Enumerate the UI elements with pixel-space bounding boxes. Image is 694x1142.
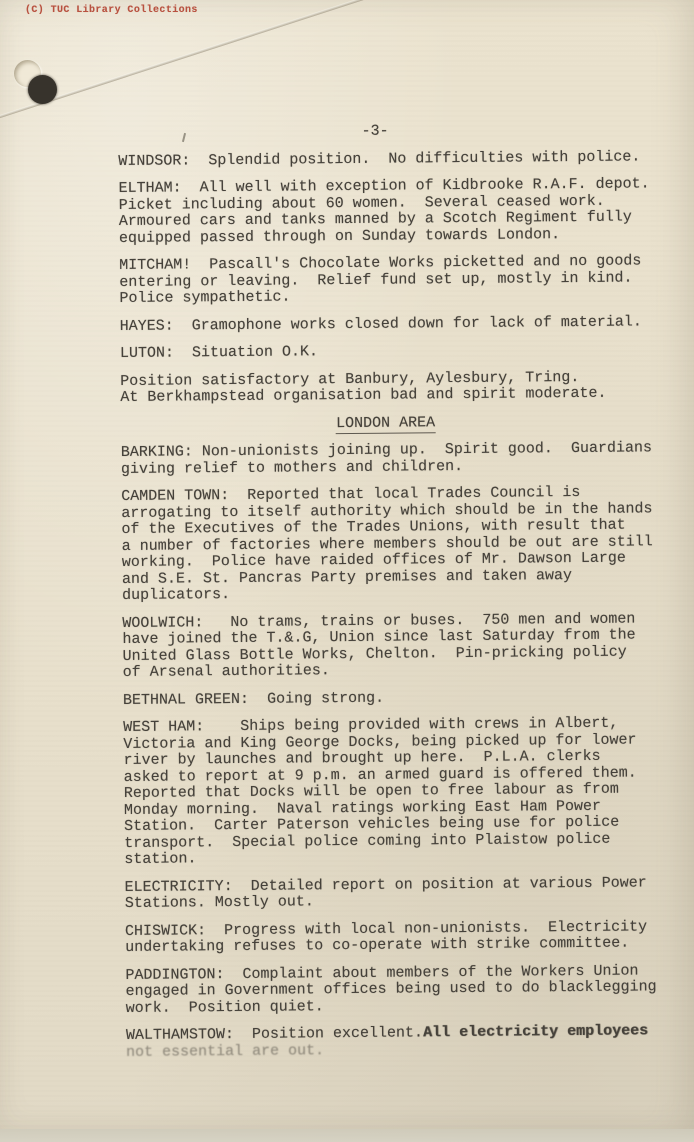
report-chiswick: CHISWICK: Progress with local non-unioni…: [125, 919, 691, 957]
report-paddington: PADDINGTON: Complaint about members of t…: [125, 963, 691, 1017]
report-electricity: ELECTRICITY: Detailed report on position…: [125, 875, 691, 913]
report-bethnal-green: BETHNAL GREEN: Going strong.: [123, 688, 689, 709]
report-body: All well with exception of Kidbrooke R.A…: [119, 175, 650, 246]
report-label: WINDSOR:: [118, 152, 190, 170]
report-label: CHISWICK:: [125, 922, 206, 940]
report-label: BETHNAL GREEN:: [123, 690, 249, 708]
report-label: MITCHAM!: [119, 256, 191, 274]
report-label: LUTON:: [120, 345, 174, 362]
report-label: WOOLWICH:: [122, 614, 203, 632]
page-number: -3-: [92, 121, 658, 142]
report-mitcham: MITCHAM! Pascall's Chocolate Works picke…: [119, 253, 685, 307]
report-walthamstow: WALTHAMSTOW: Position excellent.All elec…: [126, 1023, 692, 1061]
report-body: Ships being provided with crews in Alber…: [123, 715, 637, 868]
report-camden-town: CAMDEN TOWN: Reported that local Trades …: [121, 484, 688, 604]
report-body: Gramophone works closed down for lack of…: [174, 313, 642, 334]
report-label: CAMDEN TOWN:: [121, 487, 229, 505]
report-label: BARKING:: [121, 443, 193, 461]
report-body: Pascall's Chocolate Works picketted and …: [119, 252, 641, 307]
report-body: Non-unionists joining up. Spirit good. G…: [121, 439, 652, 477]
typewritten-content: -3- WINDSOR: Splendid position. No diffi…: [118, 121, 692, 1072]
paper-crease: [0, 0, 369, 122]
report-body: Splendid position. No difficulties with …: [190, 148, 640, 169]
report-label: WALTHAMSTOW:: [126, 1026, 234, 1044]
report-hayes: HAYES: Gramophone works closed down for …: [120, 314, 686, 335]
report-label: ELECTRICITY:: [125, 878, 233, 896]
report-label: WEST HAM:: [123, 718, 204, 736]
punch-hole: [28, 75, 57, 104]
report-luton: LUTON: Situation O.K.: [120, 341, 686, 362]
report-eltham: ELTHAM: All well with exception of Kidbr…: [118, 176, 685, 247]
report-body: Going strong.: [249, 689, 384, 707]
report-west-ham: WEST HAM: Ships being provided with crew…: [123, 715, 690, 868]
report-body: Position excellent.: [234, 1024, 423, 1043]
report-label: ELTHAM:: [118, 179, 181, 197]
report-label: HAYES:: [120, 317, 174, 334]
report-barking: BARKING: Non-unionists joining up. Spiri…: [121, 440, 687, 478]
scan-edge-shadow: [0, 1129, 694, 1142]
report-woolwich: WOOLWICH: No trams, trains or buses. 750…: [122, 611, 689, 682]
report-body: Situation O.K.: [174, 343, 318, 361]
section-heading-london-area: LONDON AREA: [103, 413, 669, 434]
report-body-overstruck: All electricity employees: [423, 1022, 648, 1041]
report-windsor: WINDSOR: Splendid position. No difficult…: [118, 149, 684, 170]
report-label: PADDINGTON:: [125, 966, 224, 984]
report-note: Position satisfactory at Banbury, Aylesb…: [120, 369, 686, 407]
scanned-document-page: (C) TUC Library Collections -3- WINDSOR:…: [0, 0, 694, 1142]
copyright-stamp: (C) TUC Library Collections: [25, 5, 198, 16]
report-body: Position satisfactory at Banbury, Aylesb…: [120, 368, 606, 406]
